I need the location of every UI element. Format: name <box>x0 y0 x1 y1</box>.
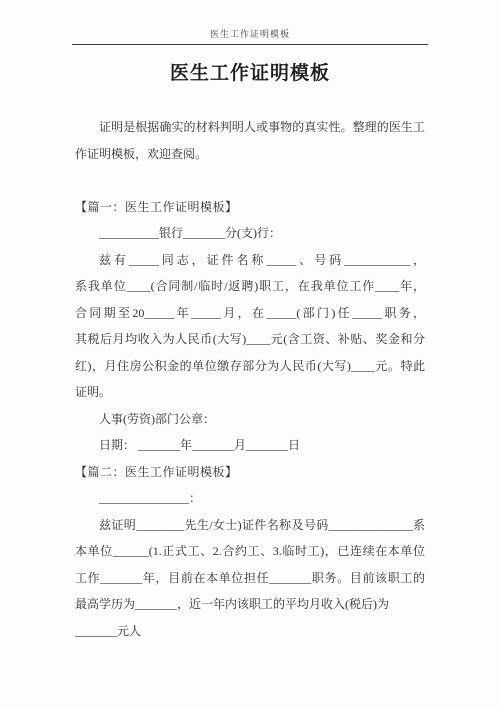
document-line: __________银行_______分(支)行： <box>75 220 425 247</box>
document-line: 【篇二：医生工作证明模板】 <box>75 459 425 486</box>
document-line: _______元人 <box>75 618 425 645</box>
document-line: 日期： _______年_______月_______日 <box>75 432 425 459</box>
document-line: 兹证明________先生/女士)证件名称及号码______________系 <box>75 512 425 539</box>
document-line: 其税后月均收入为人民币(大写)____元(含工资、补贴、奖金和分 <box>75 326 425 353</box>
document-line: 人事(劳资)部门公章： <box>75 406 425 433</box>
running-header: 医生工作证明模板 <box>0 0 500 40</box>
document-body: 证明是根据确实的材料判明人或事物的真实性。整理的医生工作证明模板，欢迎查阅。【篇… <box>75 114 425 644</box>
document-line <box>75 167 425 194</box>
document-page: 医生工作证明模板 医生工作证明模板 证明是根据确实的材料判明人或事物的真实性。整… <box>0 0 500 708</box>
document-line: 兹有_____同志，证件名称_____、号码___________， <box>75 247 425 274</box>
document-line: 证明。 <box>75 379 425 406</box>
document-line: 作证明模板，欢迎查阅。 <box>75 141 425 168</box>
document-line: 系我单位____(合同制/临时/返聘)职工，在我单位工作____年， <box>75 273 425 300</box>
document-line: 最高学历为_______，近一年内该职工的平均月收入(税后)为 <box>75 591 425 618</box>
document-line: 合同期至20_____年_____月，在_____(部门)任_____职务， <box>75 300 425 327</box>
page-title: 医生工作证明模板 <box>0 58 500 90</box>
document-line: 工作_______年，目前在本单位担任_______职务。目前该职工的 <box>75 565 425 592</box>
document-line: 【篇一：医生工作证明模板】 <box>75 194 425 221</box>
header-rule <box>72 44 428 45</box>
document-line: 证明是根据确实的材料判明人或事物的真实性。整理的医生工 <box>75 114 425 141</box>
document-line: _______________： <box>75 485 425 512</box>
document-line: 红)，月住房公积金的单位缴存部分为人民币(大写)____元。特此 <box>75 353 425 380</box>
document-line: 本单位______(1.正式工、2.合约工、3.临时工)，已连续在本单位 <box>75 538 425 565</box>
